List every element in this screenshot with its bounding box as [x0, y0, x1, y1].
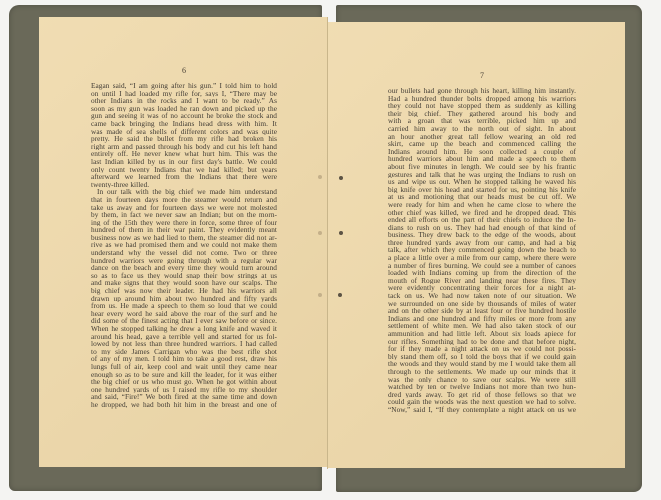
text-line: business. They drew back to the edge of … [388, 231, 576, 239]
text-line: business now as we had lied to them, the… [91, 234, 277, 242]
text-line: so as to face us they would snap their b… [91, 272, 277, 280]
text-line: “Now,” said I, “If they contemplate a ni… [388, 406, 576, 414]
text-line: a place a little over a mile from our ca… [388, 254, 576, 262]
text-line: ammunition and had little left. About si… [388, 330, 576, 338]
text-line: twenty-three killed. [91, 181, 277, 189]
text-line: and make signs that they would soon have… [91, 279, 277, 287]
text-line: Indians around him. He soon collected a … [388, 148, 576, 156]
text-line: us and wipe us out. When he stopped talk… [388, 178, 576, 186]
text-line: about five minutes in length. We could s… [388, 163, 576, 171]
text-line: around his head, gave a terrible yell an… [91, 333, 277, 341]
text-line: afterward we learned from the Indians th… [91, 173, 277, 181]
text-line: last Indian killed by us in our first da… [91, 158, 277, 166]
right-page: 7 our bullets had gone through his heart… [328, 22, 625, 468]
left-page: 6 Eagan said, “I am going after his gun.… [39, 17, 327, 467]
text-line: at us and motioning that our heads must … [388, 193, 576, 201]
text-line: dians to rush on us. They had had enough… [388, 224, 576, 232]
text-line: lowed by not less than three hundred war… [91, 340, 277, 348]
text-line: Had a hundred thunder bolts dropped amon… [388, 95, 576, 103]
page-number: 7 [480, 72, 484, 80]
staple-hole [318, 175, 322, 179]
text-line: settlement of white men. We had also tak… [388, 322, 576, 330]
text-line: and on the other side by at least four o… [388, 307, 576, 315]
text-line: other chief was killed, we fired and he … [388, 209, 576, 217]
text-line: by them, in fact we never saw an Indian;… [91, 211, 277, 219]
text-line: hear every word he said above the roar o… [91, 310, 277, 318]
text-line: he dropped, we had both hit him in the b… [91, 401, 277, 409]
text-line: from us. He made a speech to them so lou… [91, 302, 277, 310]
text-line: came back bringing the Indians head dres… [91, 120, 277, 128]
text-line: and said, “Fire!” We both fired at the s… [91, 393, 277, 401]
binding-fold [327, 17, 328, 469]
text-line: only count twenty Indians that we had ki… [91, 166, 277, 174]
text-line: hundred warriors were going through with… [91, 257, 277, 265]
staple-hole [318, 231, 322, 235]
text-line: drawn up around him about two hundred an… [91, 295, 277, 303]
text-line: loaded with Indians coming up from the d… [388, 269, 576, 277]
text-line: gun and seeing it was of no account he b… [91, 112, 277, 120]
text-line: understand why the vessel did not come. … [91, 249, 277, 257]
text-line: big knife over his head and started for … [388, 186, 576, 194]
text-line: rive as we had promised them and we coul… [91, 241, 277, 249]
text-line: hundred warriors about him and made a sp… [388, 155, 576, 163]
staple-hole [339, 176, 343, 180]
page-number: 6 [182, 67, 186, 75]
text-line: mouth of Rogue River and landing near th… [388, 277, 576, 285]
text-line: the woods and they would stand by me I w… [388, 360, 576, 368]
text-line: watched by ten or twelve Indians not mor… [388, 383, 576, 391]
text-line: When he stopped talking he drew a long k… [91, 325, 277, 333]
text-line: was made of sea shells of different colo… [91, 128, 277, 136]
page-text-body: Eagan said, “I am going after his gun.” … [91, 82, 277, 409]
text-line: through to the settlements. We made up o… [388, 368, 576, 376]
text-line: a number of fires burning. We could see … [388, 262, 576, 270]
text-line: bly stand them off, so I told the boys t… [388, 353, 576, 361]
text-line: the big chief or us who must go. When he… [91, 378, 277, 386]
text-line: of any of my men. I told him to take a g… [91, 355, 277, 363]
text-line: their big chief. They gathered around hi… [388, 110, 576, 118]
text-line: right arm and passed through his body an… [91, 143, 277, 151]
text-line: our bullets had gone through his heart, … [388, 87, 576, 95]
text-line: ing of the 15th they were there in force… [91, 219, 277, 227]
text-line: was the only chance to save our scalps. … [388, 376, 576, 384]
text-line: an hour another great tall fellow wearin… [388, 133, 576, 141]
text-line: could gain the woods was the next questi… [388, 398, 576, 406]
text-line: were evidently concentrating their force… [388, 284, 576, 292]
text-line: other Indians in the rocks and I want to… [91, 97, 277, 105]
text-line: to my side James Carrigan who was the be… [91, 348, 277, 356]
page-text-body: our bullets had gone through his heart, … [388, 87, 576, 414]
text-line: take us away and for fourteen days we we… [91, 204, 277, 212]
text-line: ended all efforts on the part of their c… [388, 216, 576, 224]
text-line: skirt, came up the beach and commenced c… [388, 140, 576, 148]
text-line: pretty. He said the bullet from my rifle… [91, 135, 277, 143]
text-line: dance on the beach and every time they w… [91, 264, 277, 272]
text-line: enough so as to be sure and kill the lea… [91, 371, 277, 379]
text-line: we surrounded on one side by thousands o… [388, 300, 576, 308]
text-line: talk, after which they commenced going d… [388, 246, 576, 254]
text-line: tack on us. We had now taken note of our… [388, 292, 576, 300]
text-line: they could not have stopped them as sudd… [388, 102, 576, 110]
staple-hole [338, 293, 342, 297]
text-line: carried him away to the north out of sig… [388, 125, 576, 133]
text-line: lungs full of air, keep cool and wait un… [91, 363, 277, 371]
text-line: big chief was now their leader. He had h… [91, 287, 277, 295]
text-line: that in fourteen days more the steamer w… [91, 196, 277, 204]
text-line: our rifles. Something had to be done and… [388, 338, 576, 346]
text-line: entirely off. He never knew what hurt hi… [91, 150, 277, 158]
text-line: for if they made a night attack on us we… [388, 345, 576, 353]
text-line: dred yards away. To get rid of those fel… [388, 391, 576, 399]
text-line: hundred of them in their war paint. They… [91, 226, 277, 234]
text-line: In our talk with the big chief we made h… [91, 188, 277, 196]
text-line: Eagan said, “I am going after his gun.” … [91, 82, 277, 90]
text-line: did some of the finest acting that I eve… [91, 317, 277, 325]
text-line: three hundred yards away from our camp, … [388, 239, 576, 247]
text-line: with a groan that was terrible, picked h… [388, 117, 576, 125]
text-line: one hundred yards of us I raised my rifl… [91, 386, 277, 394]
text-line: Indians and one hundred and fifty miles … [388, 315, 576, 323]
text-line: gestures and talk that he was urging the… [388, 171, 576, 179]
staple-hole [339, 231, 343, 235]
text-line: on until I had loaded my rifle for, says… [91, 90, 277, 98]
text-line: soon as my gun was loaded he ran down an… [91, 105, 277, 113]
text-line: were ready for him and when he came clos… [388, 201, 576, 209]
staple-hole [318, 293, 322, 297]
